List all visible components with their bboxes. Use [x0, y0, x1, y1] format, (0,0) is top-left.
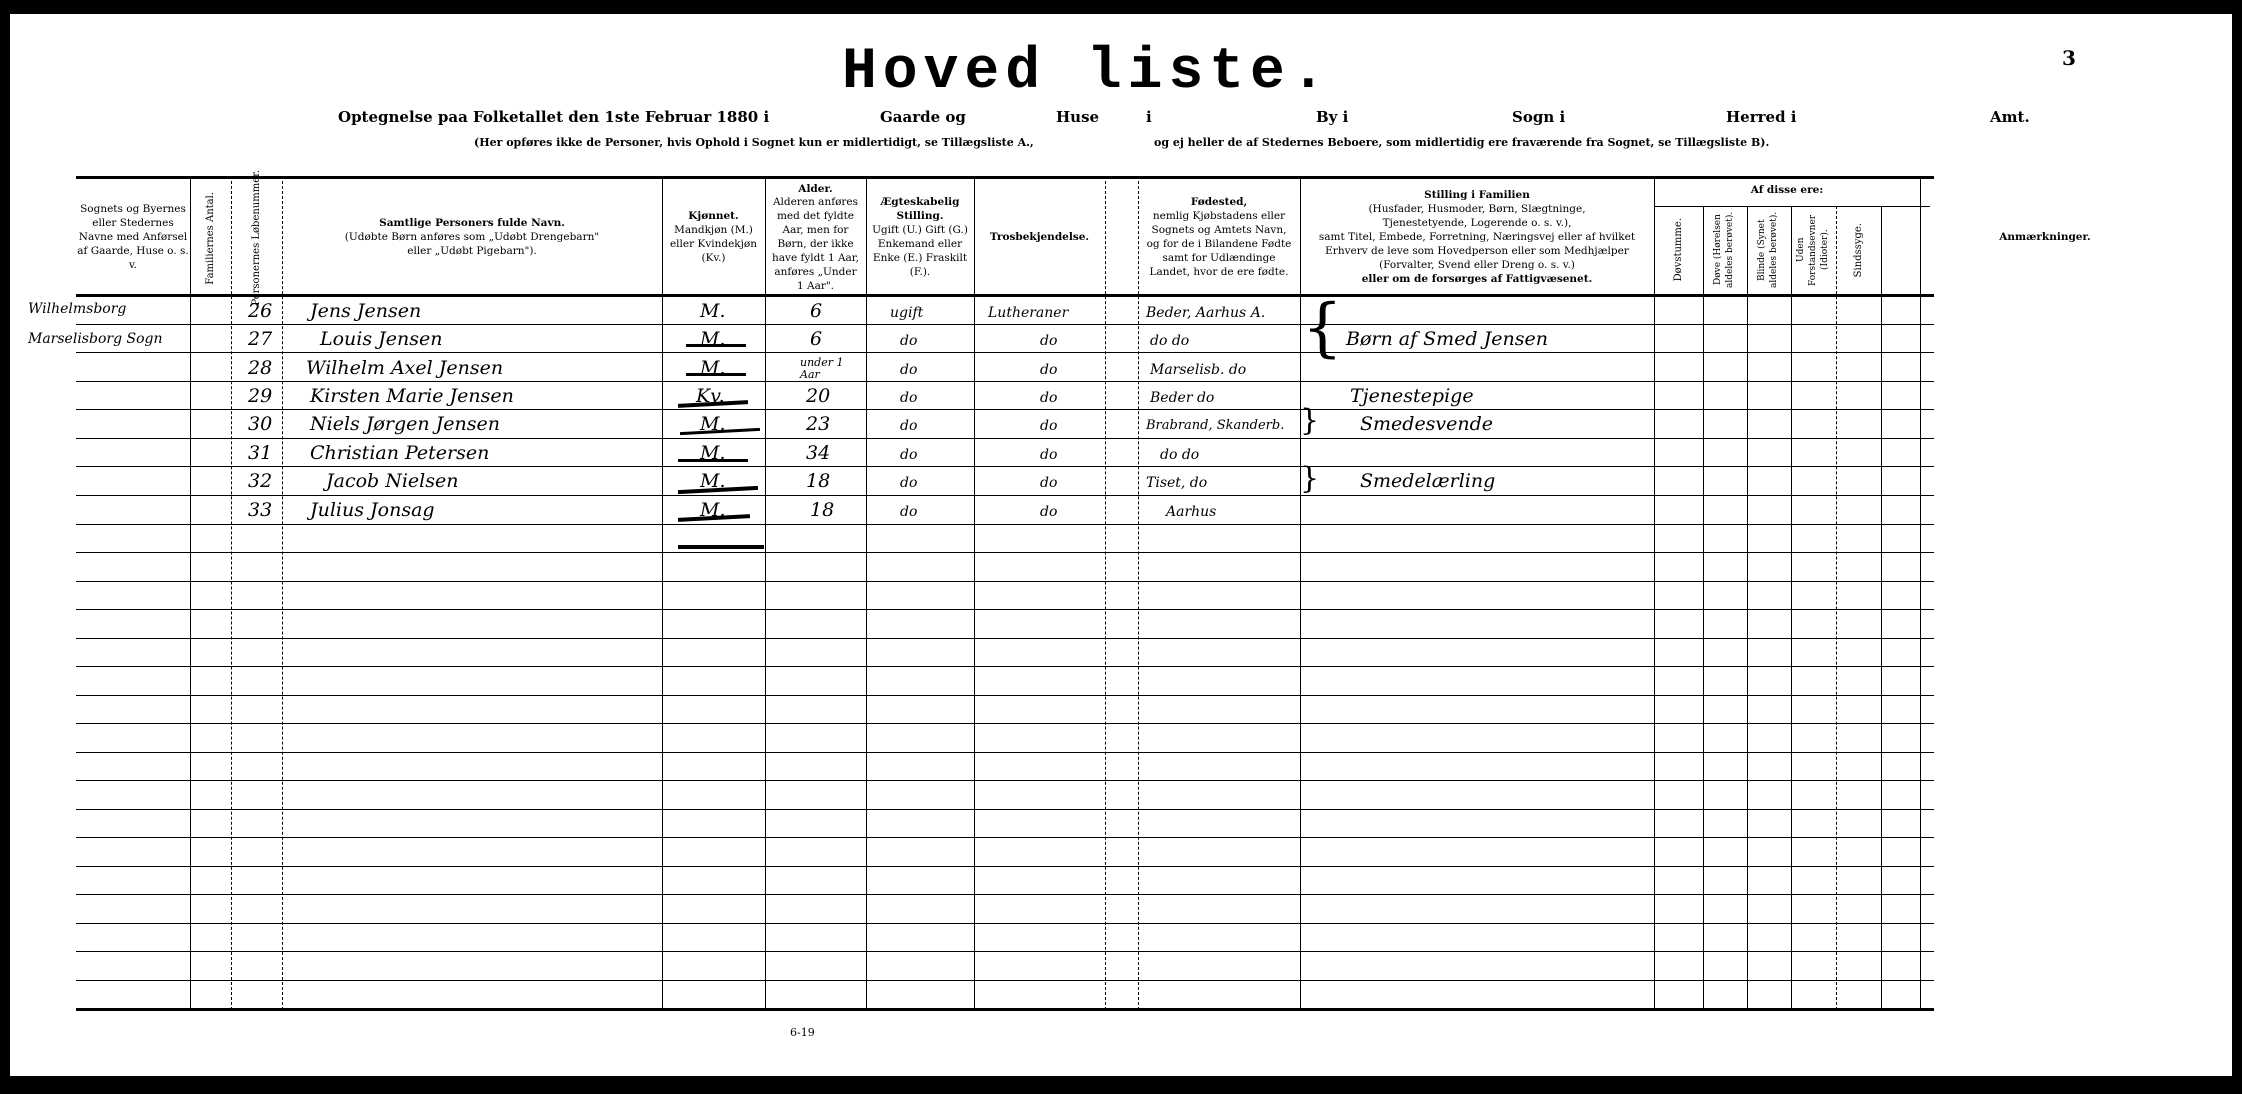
- person-age: 6: [810, 330, 822, 349]
- person-name: Louis Jensen: [320, 330, 443, 349]
- person-age: 20: [806, 387, 830, 406]
- col-divider: [1836, 206, 1837, 1010]
- header-age: Alder. Alderen anføres med det fyldte Aa…: [765, 182, 866, 294]
- place-entry: Marselisborg Sogn: [28, 332, 162, 346]
- subtitle-sogn: Sogn i: [1512, 108, 1565, 126]
- person-marital: do: [900, 391, 917, 405]
- person-age: 34: [806, 444, 830, 463]
- header-bottom-border: [76, 294, 1934, 297]
- person-number: 31: [248, 444, 272, 463]
- col-divider: [282, 176, 283, 1010]
- person-religion: Lutheraner: [988, 306, 1068, 320]
- col-divider: [1881, 206, 1882, 1010]
- col-divider: [231, 176, 232, 1010]
- col-divider: [974, 176, 975, 1010]
- person-religion: do: [1040, 419, 1057, 433]
- person-marital: do: [900, 448, 917, 462]
- person-religion: do: [1040, 448, 1057, 462]
- col-divider: [1138, 176, 1139, 1010]
- header-marital-status: Ægteskabelig Stilling. Ugift (U.) Gift (…: [866, 182, 974, 294]
- subtitle-herred: Herred i: [1726, 108, 1796, 126]
- person-birthplace: Aarhus: [1166, 505, 1216, 519]
- person-religion: do: [1040, 391, 1057, 405]
- person-religion: do: [1040, 505, 1057, 519]
- person-number: 30: [248, 415, 272, 434]
- person-sex: M.: [700, 302, 726, 321]
- person-religion: do: [1040, 334, 1057, 348]
- header-sex: Kjønnet. Mandkjøn (M.) eller Kvindekjøn …: [662, 182, 765, 294]
- col-divider: [765, 176, 766, 1010]
- grouping-brace: }: [1300, 464, 1319, 494]
- occupation-entry: Smedelærling: [1360, 472, 1495, 491]
- col-divider: [1300, 176, 1301, 1010]
- person-marital: do: [900, 505, 917, 519]
- person-religion: do: [1040, 363, 1057, 377]
- header-deaf: Døve (Hørelsen aldeles berøvet).: [1703, 206, 1747, 294]
- header-name: Samtlige Personers fulde Navn. (Udøbte B…: [282, 182, 662, 294]
- person-religion: do: [1040, 476, 1057, 490]
- page-number: 3: [2062, 46, 2076, 70]
- header-disability-group: Af disse ere:: [1654, 176, 1920, 206]
- header-blind: Blinde (Synet aldeles berøvet).: [1747, 206, 1791, 294]
- person-marital: do: [900, 334, 917, 348]
- person-name: Jacob Nielsen: [326, 472, 458, 491]
- form-title: Hoved liste.: [842, 44, 1332, 102]
- col-divider: [866, 176, 867, 1010]
- col-divider: [1703, 206, 1704, 1010]
- person-marital: do: [900, 476, 917, 490]
- person-number: 27: [248, 330, 272, 349]
- occupation-entry: Smedesvende: [1360, 415, 1493, 434]
- person-name: Jens Jensen: [310, 302, 421, 321]
- footer-mark: 6-19: [790, 1026, 815, 1039]
- header-place: Sognets og Byernes eller Stedernes Navne…: [76, 182, 190, 294]
- census-page: Hoved liste. 3 Optegnelse paa Folketalle…: [10, 14, 2232, 1076]
- person-birthplace: do do: [1150, 334, 1189, 348]
- header-idiots: Uden Forstandsevner (Idioter).: [1791, 206, 1836, 294]
- header-occupation: Stilling i Familien (Husfader, Husmoder,…: [1300, 182, 1654, 294]
- place-entry: Wilhelmsborg: [28, 302, 126, 316]
- grouping-brace: }: [1300, 406, 1319, 436]
- person-birthplace: Beder do: [1150, 391, 1214, 405]
- instruction-note-left: (Her opføres ikke de Personer, hvis Opho…: [474, 136, 1034, 149]
- header-remarks: Anmærkninger.: [1920, 182, 2170, 294]
- person-age: under 1 Aar: [800, 357, 854, 380]
- header-insane: Sindssyge.: [1836, 206, 1881, 294]
- header-deaf-mute: Døvstumme.: [1654, 206, 1703, 294]
- person-age: 18: [810, 501, 834, 520]
- subtitle-by: By i: [1316, 108, 1348, 126]
- subtitle-enumeration: Optegnelse paa Folketallet den 1ste Febr…: [338, 108, 769, 126]
- col-divider: [1920, 176, 1921, 1010]
- person-age: 23: [806, 415, 830, 434]
- person-birthplace: Marselisb. do: [1150, 363, 1246, 377]
- header-person-number: Personernes Løbenummer.: [231, 182, 282, 294]
- person-birthplace: Brabrand, Skanderb.: [1146, 419, 1284, 432]
- person-name: Kirsten Marie Jensen: [310, 387, 514, 406]
- person-number: 33: [248, 501, 272, 520]
- col-divider: [1105, 176, 1106, 1010]
- person-number: 32: [248, 472, 272, 491]
- occupation-entry: Tjenestepige: [1350, 387, 1474, 406]
- grouping-brace: {: [1302, 296, 1343, 360]
- person-birthplace: do do: [1160, 448, 1199, 462]
- person-name: Christian Petersen: [310, 444, 489, 463]
- subtitle-huse: Huse: [1056, 108, 1099, 126]
- col-divider: [1747, 206, 1748, 1010]
- person-name: Wilhelm Axel Jensen: [306, 359, 503, 378]
- subtitle-amt: Amt.: [1990, 108, 2030, 126]
- subtitle-i: i: [1146, 108, 1152, 126]
- person-number: 28: [248, 359, 272, 378]
- col-divider: [662, 176, 663, 1010]
- header-family-count: Familiernes Antal.: [190, 182, 231, 294]
- col-divider: [1791, 206, 1792, 1010]
- person-number: 29: [248, 387, 272, 406]
- person-age: 18: [806, 472, 830, 491]
- person-birthplace: Beder, Aarhus A.: [1146, 306, 1265, 320]
- instruction-note-right: og ej heller de af Stedernes Beboere, so…: [1154, 136, 1769, 149]
- col-divider: [1654, 176, 1655, 1010]
- table-bottom-border: [76, 1008, 1934, 1011]
- subtitle-gaarde: Gaarde og: [880, 108, 966, 126]
- person-age: 6: [810, 302, 822, 321]
- person-name: Julius Jonsag: [310, 501, 435, 520]
- header-religion: Trosbekjendelse.: [974, 182, 1105, 294]
- person-number: 26: [248, 302, 272, 321]
- person-birthplace: Tiset, do: [1146, 476, 1207, 490]
- header-birthplace: Fødested, nemlig Kjøbstadens eller Sogne…: [1138, 182, 1300, 294]
- person-marital: ugift: [890, 306, 923, 320]
- person-marital: do: [900, 363, 917, 377]
- person-name: Niels Jørgen Jensen: [310, 415, 500, 434]
- person-marital: do: [900, 419, 917, 433]
- col-divider: [190, 176, 191, 1010]
- occupation-entry: Børn af Smed Jensen: [1346, 330, 1548, 349]
